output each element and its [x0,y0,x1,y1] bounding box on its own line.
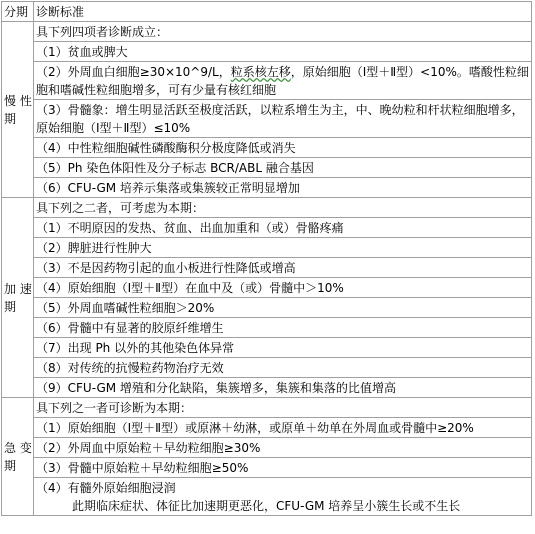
phase-label-line1: 急 变 [4,439,32,457]
criteria-item: （3）不是因药物引起的血小板进行性降低或增高 [34,258,532,278]
phase-blast: 急 变 期 [2,398,34,516]
item-text: （2）外周血白细胞≥30×10^9/L， [36,65,231,79]
accelerated-intro-row: 加 速 期 具下列之二者，可考虑为本期： [2,198,532,218]
chronic-intro-row: 慢 性 期 具下列四项者诊断成立： [2,22,532,42]
section-intro: 具下列之二者，可考虑为本期： [34,198,532,218]
criteria-item: （2）外周血中原始粒＋早幼粒细胞≥30% [34,438,532,458]
phase-label-line2: 期 [4,457,32,475]
criteria-item: （8）对传统的抗慢粒药物治疗无效 [34,358,532,378]
section-intro: 具下列四项者诊断成立： [34,22,532,42]
header-phase: 分期 [2,2,34,22]
phase-label-line2: 期 [4,298,32,316]
phase-label-line1: 慢 性 [4,92,32,110]
blast-intro-row: 急 变 期 具下列之一者可诊断为本期： [2,398,532,418]
criteria-item: （5）Ph 染色体阳性及分子标志 BCR/ABL 融合基因 [34,158,532,178]
criteria-item: （4）原始细胞（Ⅰ型＋Ⅱ型）在血中及（或）骨髓中＞10% [34,278,532,298]
phase-accelerated: 加 速 期 [2,198,34,398]
item-text: （4）有髓外原始细胞浸润 [36,481,176,495]
criteria-item: （4）中性粒细胞碱性磷酸酶积分极度降低或消失 [34,138,532,158]
criteria-item: （1）原始细胞（Ⅰ型＋Ⅱ型）或原淋＋幼淋，或原单＋幼单在外周血或骨髓中≥20% [34,418,532,438]
phase-label-line2: 期 [4,110,32,128]
phase-chronic: 慢 性 期 [2,22,34,198]
criteria-item: （9）CFU-GM 增殖和分化缺陷，集簇增多，集簇和集落的比值增高 [34,378,532,398]
diagnostic-criteria-table: 分期 诊断标准 慢 性 期 具下列四项者诊断成立： （1）贫血或脾大 （2）外周… [1,1,532,516]
criteria-item: （6）CFU-GM 培养示集落或集簇较正常明显增加 [34,178,532,198]
criteria-item: （7）出现 Ph 以外的其他染色体异常 [34,338,532,358]
spellcheck-underlined-text: 粒系核左移 [231,65,291,79]
criteria-item: （1）贫血或脾大 [34,42,532,62]
criteria-item: （1）不明原因的发热、贫血、出血加重和（或）骨骼疼痛 [34,218,532,238]
blast-phase-note: 此期临床症状、体征比加速期更恶化，CFU-GM 培养呈小簇生长或不生长 [36,497,530,515]
header-criteria: 诊断标准 [34,2,532,22]
criteria-item: （4）有髓外原始细胞浸润此期临床症状、体征比加速期更恶化，CFU-GM 培养呈小… [34,478,532,516]
phase-label-line1: 加 速 [4,280,32,298]
criteria-item: （2）外周血白细胞≥30×10^9/L，粒系核左移，原始细胞（Ⅰ型＋Ⅱ型）<10… [34,62,532,100]
criteria-item: （6）骨髓中有显著的胶原纤维增生 [34,318,532,338]
header-row: 分期 诊断标准 [2,2,532,22]
criteria-item: （3）骨髓中原始粒＋早幼粒细胞≥50% [34,458,532,478]
criteria-item: （2）脾脏进行性肿大 [34,238,532,258]
criteria-item: （5）外周血嗜碱性粒细胞＞20% [34,298,532,318]
criteria-item: （3）骨髓象：增生明显活跃至极度活跃，以粒系增生为主，中、晚幼粒和杆状粒细胞增多… [34,100,532,138]
section-intro: 具下列之一者可诊断为本期： [34,398,532,418]
